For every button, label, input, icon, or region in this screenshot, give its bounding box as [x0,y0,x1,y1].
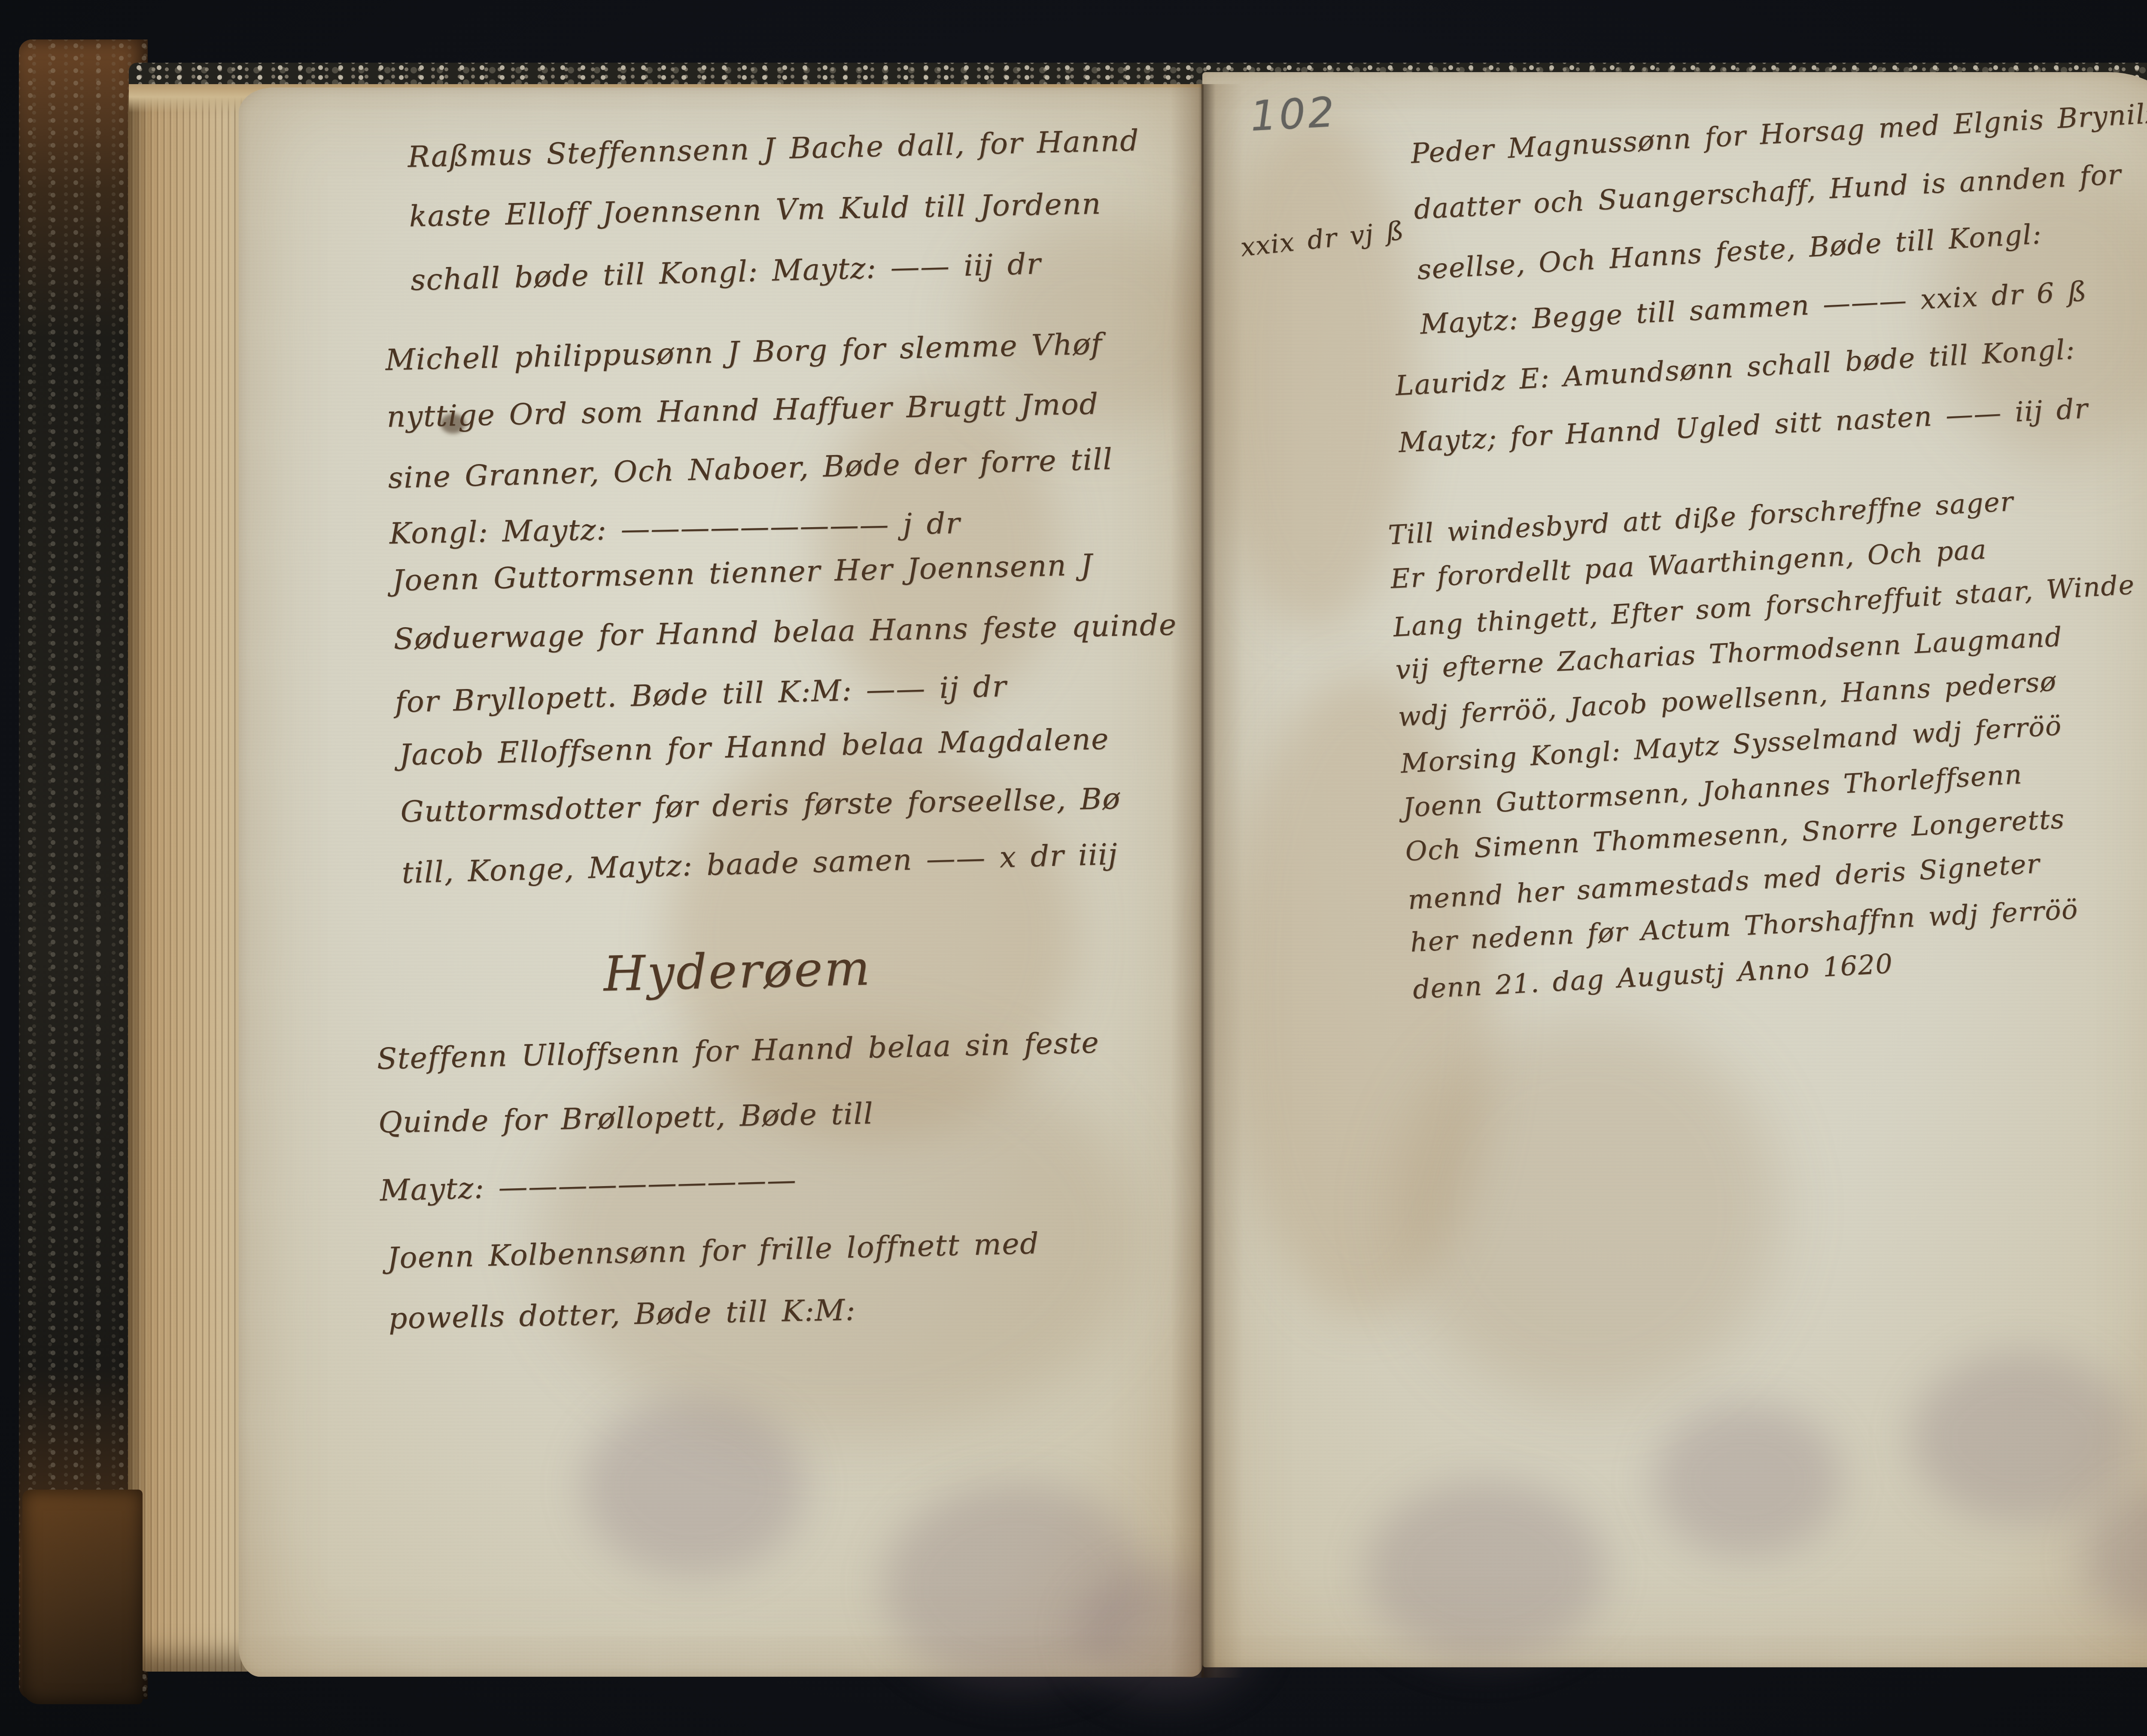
left-paragraph-2: Michell philippusønn J Borg for slemme V… [385,315,1115,565]
right-page: 102 xxix dr vj ß Peder Magnussønn for Ho… [1202,72,2147,1667]
right-paragraph-3: Till windesbyrd att diße forschreffne sa… [1387,472,2147,1012]
manuscript-line: Hyderøem [389,931,1086,1011]
section-heading: Hyderøem [389,931,1086,1011]
bottom-left-leather-corner [22,1490,143,1704]
folio-number: 102 [1249,88,1338,140]
left-paragraph-5: Steffenn Ulloffsenn for Hannd belaa sin … [376,1011,1103,1223]
right-paragraph-1: Peder Magnussønn for Horsag med Elgnis B… [1409,85,2147,355]
left-paragraph-1: Raßmus Steffennsenn J Bache dall, for Ha… [407,110,1143,310]
left-page: Raßmus Steffennsenn J Bache dall, for Ha… [239,88,1202,1677]
gutter-stain [1211,115,1417,630]
bottom-blotch [1911,1351,2134,1523]
left-paragraph-4: Jacob Elloffsenn for Hannd belaa Magdale… [398,710,1122,901]
bottom-blotch [1365,1480,1606,1660]
manuscript-line: xxix dr vj ß [1239,215,1405,264]
bottom-blotch [1653,1403,1842,1557]
left-paragraph-6: Joenn Kolbennsønn for frille loffnett me… [386,1213,1041,1351]
bottom-blotch [2083,1489,2147,1626]
manuscript-photo: Raßmus Steffennsenn J Bache dall, for Ha… [0,0,2147,1736]
left-page-edge-stack [128,80,257,1672]
bottom-blotch [883,1483,1149,1689]
manuscript-line: powells dotter, Bøde till K:M: [388,1276,1041,1350]
water-stain [1396,1017,1782,1403]
margin-amount-note: xxix dr vj ß [1239,215,1405,264]
left-paragraph-3: Joenn Guttormsenn tienner Her Joennsenn … [392,534,1179,731]
bottom-blotch [582,1397,806,1577]
